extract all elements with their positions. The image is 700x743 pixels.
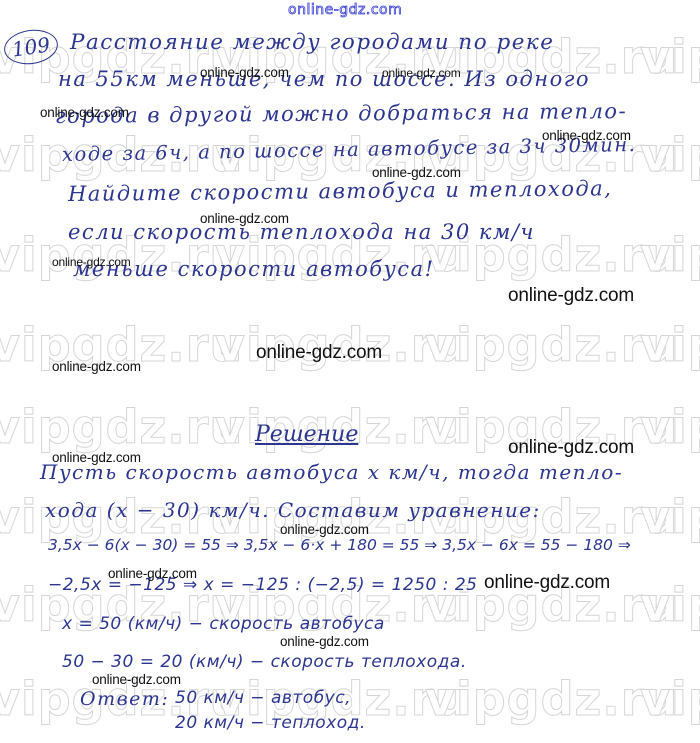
- overlay-watermark: online-gdz.com: [200, 65, 289, 80]
- overlay-watermark: online-gdz.com: [542, 128, 631, 143]
- background-watermark: vipgdz.ru: [640, 578, 700, 632]
- problem-line-2: на 55км меньше, чем по шоссе. Из одного: [58, 67, 590, 91]
- background-watermark: vipgdz.ru: [425, 672, 678, 726]
- overlay-watermark: online-gdz.com: [108, 566, 197, 581]
- equation-line-1: 3,5x − 6(x − 30) = 55 ⇒ 3,5x − 6·x + 180…: [48, 536, 631, 554]
- homework-page: vipgdz.ruvipgdz.ruvipgdz.ruvipgdz.ruvipg…: [0, 0, 700, 743]
- background-watermark: vipgdz.ru: [640, 400, 700, 454]
- background-watermark: vipgdz.ru: [640, 672, 700, 726]
- background-watermark: vipgdz.ru: [640, 128, 700, 182]
- problem-number: 109: [2, 26, 60, 67]
- overlay-watermark: online-gdz.com: [280, 522, 369, 537]
- problem-line-6: если скорость теплохода на 30 км/ч: [68, 220, 535, 244]
- result-line-ship: 50 − 30 = 20 (км/ч) − скорость теплохода…: [62, 652, 467, 672]
- overlay-watermark: online-gdz.com: [200, 211, 289, 226]
- overlay-watermark: online-gdz.com: [92, 672, 181, 687]
- overlay-watermark: online-gdz.com: [508, 285, 634, 307]
- overlay-watermark: online-gdz.com: [52, 450, 141, 465]
- overlay-watermark: online-gdz.com: [372, 165, 461, 180]
- background-watermark: vipgdz.ru: [640, 318, 700, 372]
- solution-heading: Решение: [255, 422, 358, 447]
- overlay-watermark: online-gdz.com: [280, 634, 369, 649]
- overlay-watermark: online-gdz.com: [40, 105, 129, 120]
- background-watermark: vipgdz.ru: [425, 318, 678, 372]
- overlay-watermark: online-gdz.com: [52, 255, 131, 269]
- solution-line-2: хода (x − 30) км/ч. Составим уравнение:: [45, 498, 541, 522]
- answer-bus: 50 км/ч − автобус,: [175, 688, 351, 708]
- problem-line-3: города в другой можно добраться на тепло…: [55, 99, 627, 128]
- background-watermark: vipgdz.ru: [640, 228, 700, 282]
- overlay-watermark: online-gdz.com: [508, 437, 634, 459]
- problem-line-5: Найдите скорости автобуса и теплохода,: [68, 176, 613, 206]
- answer-ship: 20 км/ч − теплоход.: [175, 713, 366, 733]
- overlay-watermark: online-gdz.com: [382, 66, 461, 80]
- background-watermark: vipgdz.ru: [640, 30, 700, 84]
- header-watermark: online-gdz.com: [288, 2, 402, 18]
- answer-label: Ответ:: [80, 688, 169, 710]
- problem-line-1: Расстояние между городами по реке: [70, 30, 554, 54]
- result-line-bus: x = 50 (км/ч) − скорость автобуса: [62, 614, 385, 634]
- overlay-watermark: online-gdz.com: [52, 359, 141, 374]
- background-watermark: vipgdz.ru: [640, 490, 700, 544]
- overlay-watermark: online-gdz.com: [484, 572, 610, 594]
- overlay-watermark: online-gdz.com: [256, 342, 382, 364]
- background-watermark: vipgdz.ru: [0, 400, 243, 454]
